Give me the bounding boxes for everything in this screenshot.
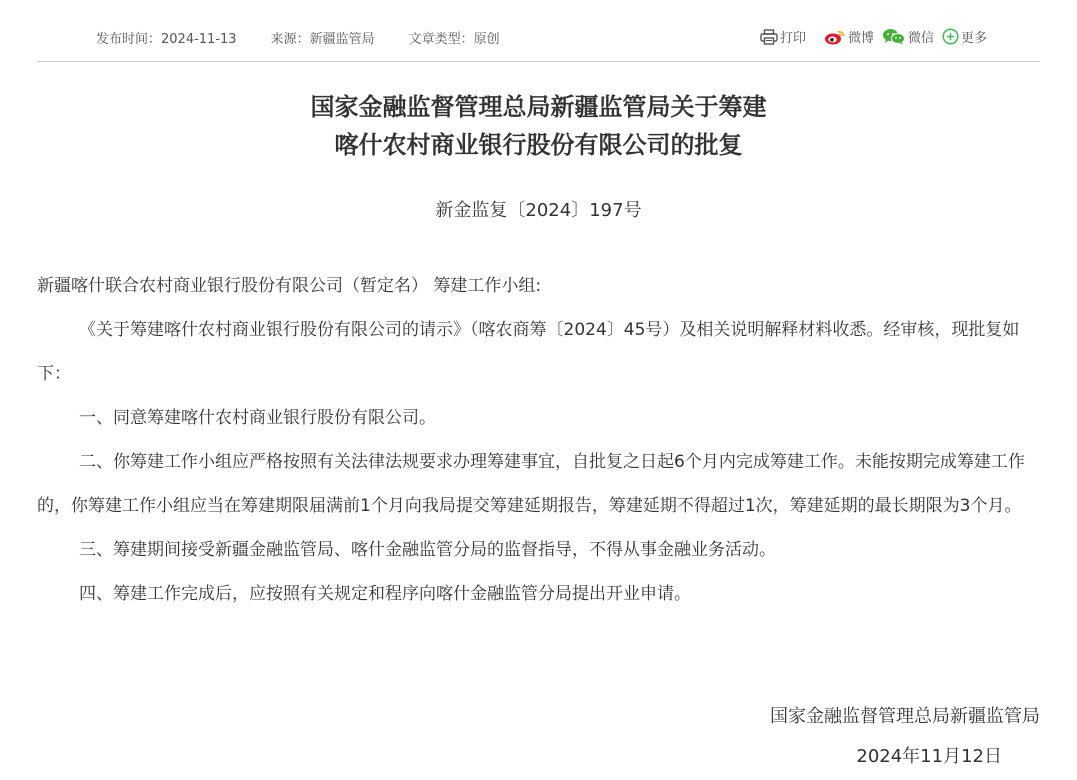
wechat-share-button[interactable]: 微信 xyxy=(882,27,934,46)
weibo-share-button[interactable]: 微博 xyxy=(824,27,874,46)
more-label: 更多 xyxy=(961,27,987,46)
weibo-icon xyxy=(824,29,846,45)
article-meta-bar: 发布时间：2024-11-13 来源：新疆监管局 文章类型：原创 打印 微博 xyxy=(0,0,1077,62)
paragraph-item-1: 一、同意筹建喀什农村商业银行股份有限公司。 xyxy=(37,396,1043,440)
article-type: 文章类型：原创 xyxy=(409,28,500,47)
paragraph-intro: 《关于筹建喀什农村商业银行股份有限公司的请示》（喀农商筹〔2024〕45号）及相… xyxy=(37,308,1043,396)
printer-icon xyxy=(760,29,778,45)
plus-circle-icon xyxy=(942,28,959,45)
paragraph-item-4: 四、筹建工作完成后，应按照有关规定和程序向喀什金融监管分局提出开业申请。 xyxy=(37,572,1043,616)
weibo-label: 微博 xyxy=(848,27,874,46)
wechat-icon xyxy=(882,28,906,45)
share-toolbar: 打印 微博 微信 xyxy=(760,27,987,46)
source: 来源：新疆监管局 xyxy=(271,28,375,47)
title-line-1: 国家金融监督管理总局新疆监管局关于筹建 xyxy=(0,88,1077,126)
more-share-button[interactable]: 更多 xyxy=(942,27,987,46)
title-line-2: 喀什农村商业银行股份有限公司的批复 xyxy=(0,126,1077,164)
addressee: 新疆喀什联合农村商业银行股份有限公司（暂定名） 筹建工作小组: xyxy=(37,264,1043,308)
signature-organization: 国家金融监督管理总局新疆监管局 xyxy=(770,697,1040,737)
document-number: 新金监复〔2024〕197号 xyxy=(0,196,1077,222)
publish-time: 发布时间：2024-11-13 xyxy=(96,28,237,47)
header-divider xyxy=(37,61,1040,62)
print-label: 打印 xyxy=(780,27,806,46)
print-button[interactable]: 打印 xyxy=(760,27,806,46)
paragraph-item-2: 二、你筹建工作小组应严格按照有关法律法规要求办理筹建事宜，自批复之日起6个月内完… xyxy=(37,440,1043,528)
signature-date: 2024年11月12日 xyxy=(770,737,1040,777)
signature-block: 国家金融监督管理总局新疆监管局 2024年11月12日 xyxy=(770,697,1040,777)
article-body: 新疆喀什联合农村商业银行股份有限公司（暂定名） 筹建工作小组: 《关于筹建喀什农… xyxy=(37,264,1043,616)
article-title: 国家金融监督管理总局新疆监管局关于筹建 喀什农村商业银行股份有限公司的批复 xyxy=(0,88,1077,164)
wechat-label: 微信 xyxy=(908,27,934,46)
article-meta: 发布时间：2024-11-13 来源：新疆监管局 文章类型：原创 xyxy=(96,28,534,47)
paragraph-item-3: 三、筹建期间接受新疆金融监管局、喀什金融监管分局的监督指导，不得从事金融业务活动… xyxy=(37,528,1043,572)
